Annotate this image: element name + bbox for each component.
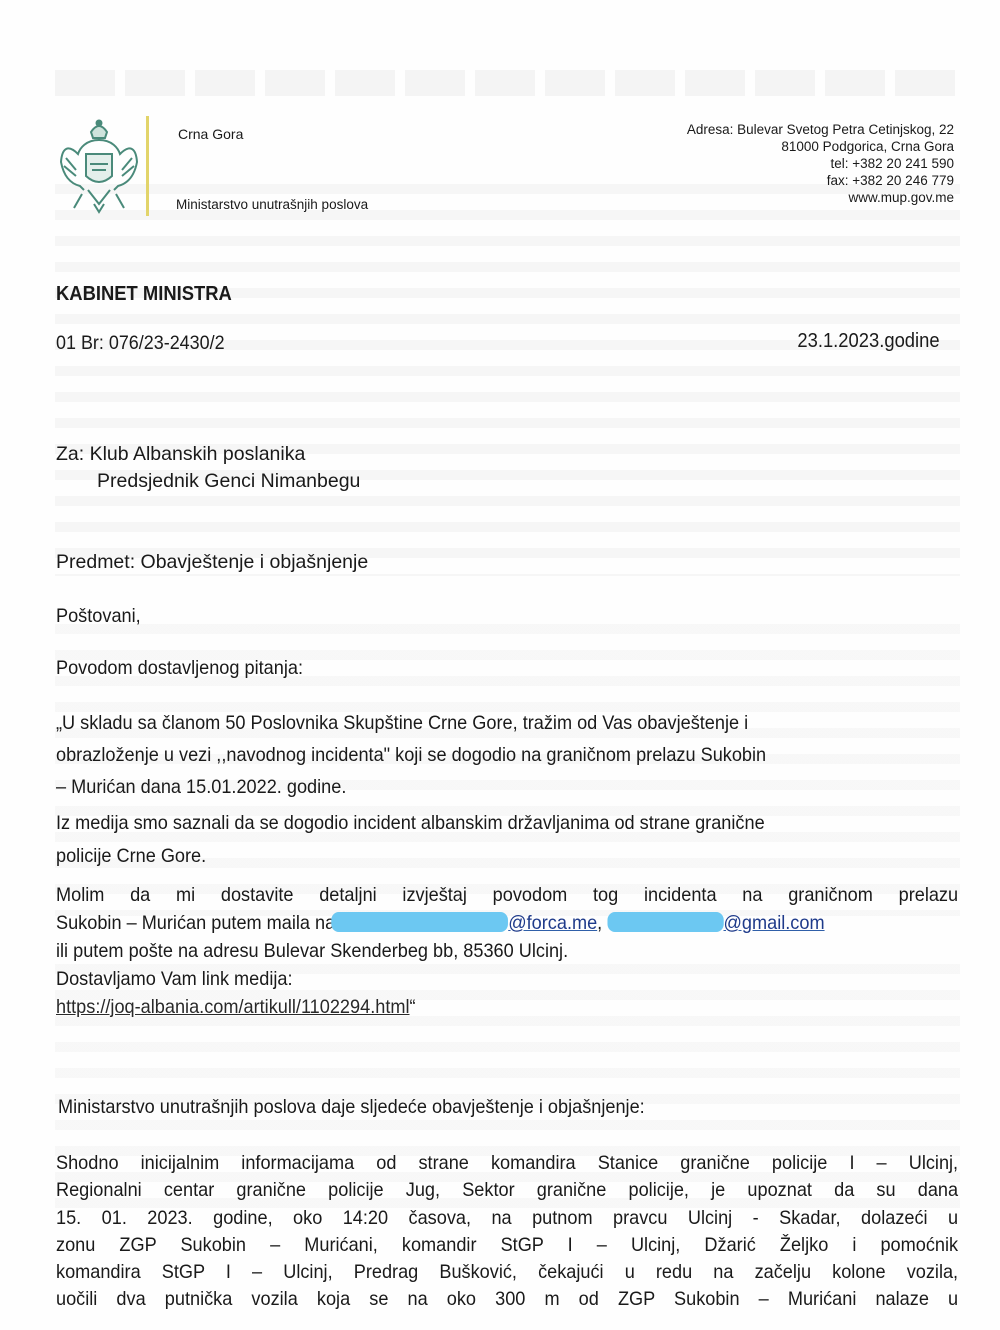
request-paragraph: Molim da mi dostavite detaljni izvještaj… <box>56 881 960 1021</box>
subject-line: Predmet: Obavještenje i objašnjenje <box>56 551 368 574</box>
reference-number: 01 Br: 076/23-2430/2 <box>56 332 225 355</box>
email-link-gmail[interactable]: @gmail.com <box>724 912 825 934</box>
cabinet-heading: KABINET MINISTRA <box>56 283 232 306</box>
website: www.mup.gov.me <box>687 189 954 206</box>
response-line: 15. 01. 2023. godine, oko 14:20 časova, … <box>56 1205 958 1232</box>
response-line: Regionalni centar granične policije Jug,… <box>56 1177 958 1204</box>
response-paragraph: Shodno inicijalnim informacijama od stra… <box>56 1150 960 1314</box>
phone-number: tel: +382 20 241 590 <box>687 155 954 172</box>
media-line: Iz medija smo saznali da se dogodio inci… <box>56 807 958 840</box>
document-date: 23.1.2023.godine <box>798 330 940 353</box>
request-prefix: Sukobin – Murićan putem maila na <box>56 912 335 934</box>
contact-address-block: Adresa: Bulevar Svetog Petra Cetinjskog,… <box>687 121 954 206</box>
letter-page: Crna Gora Ministarstvo unutrašnjih poslo… <box>0 0 1000 1330</box>
redacted-email-2 <box>607 912 723 932</box>
response-line: Shodno inicijalnim informacijama od stra… <box>56 1150 958 1177</box>
ministry-name: Ministarstvo unutrašnjih poslova <box>176 197 368 212</box>
redacted-email-1 <box>332 912 509 932</box>
response-line: komandira StGP I – Ulcinj, Predrag Buško… <box>56 1259 958 1286</box>
response-line: uočili dva putnička vozila koja se na ok… <box>56 1286 958 1313</box>
recipient-club: Za: Klub Albanskih poslanika <box>56 443 305 466</box>
postal-address-line: ili putem pošte na adresu Bulevar Skende… <box>56 937 897 965</box>
quoted-question: „U skladu sa članom 50 Poslovnika Skupšt… <box>56 707 958 803</box>
media-paragraph: Iz medija smo saznali da se dogodio inci… <box>56 807 958 873</box>
response-line: zonu ZGP Sukobin – Murićani, komandir St… <box>56 1232 958 1259</box>
address-city: 81000 Podgorica, Crna Gora <box>687 138 954 155</box>
intro-text: Povodom dostavljenog pitanja: <box>56 657 303 680</box>
quote-line: – Murićan dana 15.01.2022. godine. <box>56 771 958 803</box>
coat-of-arms-icon <box>58 118 140 214</box>
media-article-link[interactable]: https://joq-albania.com/artikull/1102294… <box>56 996 410 1018</box>
email-link-forca[interactable]: @forca.me <box>508 912 597 934</box>
bleed-through-texture <box>55 70 960 1216</box>
greeting: Poštovani, <box>56 605 141 628</box>
address-street: Adresa: Bulevar Svetog Petra Cetinjskog,… <box>687 121 954 138</box>
fax-number: fax: +382 20 246 779 <box>687 172 954 189</box>
country-name: Crna Gora <box>178 126 243 142</box>
request-line-emails: Sukobin – Murićan putem maila na@forca.m… <box>56 909 897 937</box>
request-line: Molim da mi dostavite detaljni izvještaj… <box>56 881 958 909</box>
link-intro: Dostavljamo Vam link medija: <box>56 965 897 993</box>
quote-line: obrazloženje u vezi ,,navodnog incidenta… <box>56 739 958 771</box>
email-separator: , <box>597 912 602 934</box>
media-line: policije Crne Gore. <box>56 840 958 873</box>
response-intro: Ministarstvo unutrašnjih poslova daje sl… <box>58 1096 645 1119</box>
quote-line: „U skladu sa članom 50 Poslovnika Skupšt… <box>56 707 958 739</box>
letterhead-divider <box>146 116 149 216</box>
recipient-president: Predsjednik Genci Nimanbegu <box>97 470 360 493</box>
closing-quote: “ <box>410 996 416 1018</box>
